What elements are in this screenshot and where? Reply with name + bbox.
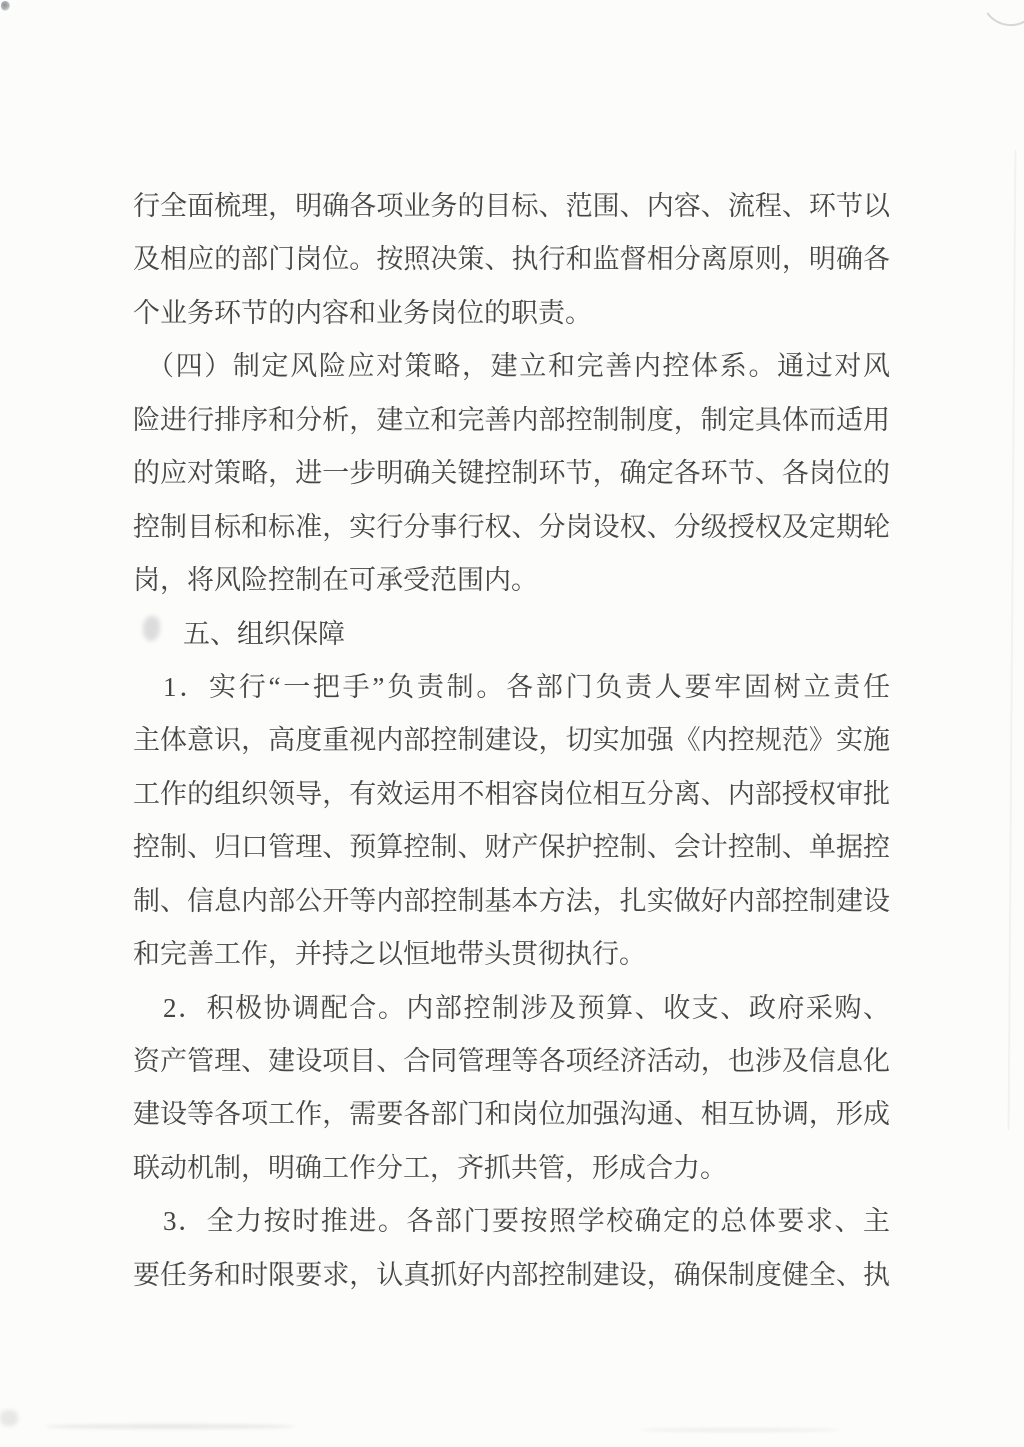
text-line: 联动机制，明确工作分工，齐抓共管，形成合力。	[133, 1142, 890, 1195]
text-line: 建设等各项工作，需要各部门和岗位加强沟通、相互协调，形成	[133, 1088, 890, 1141]
text-line: 的应对策略，进一步明确关键控制环节，确定各环节、各岗位的	[133, 447, 890, 500]
text-line: 行全面梳理，明确各项业务的目标、范围、内容、流程、环节以	[133, 180, 890, 233]
text-line: 岗，将风险控制在可承受范围内。	[133, 554, 890, 607]
scan-streak	[640, 1428, 840, 1432]
text-line: 要任务和时限要求，认真抓好内部控制建设，确保制度健全、执	[133, 1249, 890, 1302]
page-edge-shadow	[1008, 150, 1017, 1130]
text-line: 控制、归口管理、预算控制、财产保护控制、会计控制、单据控	[133, 821, 890, 874]
text-line: 主体意识，高度重视内部控制建设，切实加强《内控规范》实施	[133, 714, 890, 767]
text-line: 3．全力按时推进。各部门要按照学校确定的总体要求、主	[133, 1195, 890, 1248]
scan-streak	[45, 1424, 295, 1429]
text-line: 个业务环节的内容和业务岗位的职责。	[133, 287, 890, 340]
text-line: 制、信息内部公开等内部控制基本方法，扎实做好内部控制建设	[133, 875, 890, 928]
text-line: 2．积极协调配合。内部控制涉及预算、收支、政府采购、	[133, 982, 890, 1035]
scan-corner-mark	[1, 1, 10, 11]
document-text-block: 行全面梳理，明确各项业务的目标、范围、内容、流程、环节以 及相应的部门岗位。按照…	[133, 180, 890, 1302]
text-line: 资产管理、建设项目、合同管理等各项经济活动，也涉及信息化	[133, 1035, 890, 1088]
text-line: 及相应的部门岗位。按照决策、执行和监督相分离原则，明确各	[133, 233, 890, 286]
text-line: 工作的组织领导，有效运用不相容岗位相互分离、内部授权审批	[133, 768, 890, 821]
text-line: （四）制定风险应对策略，建立和完善内控体系。通过对风	[133, 340, 890, 393]
text-line: 险进行排序和分析，建立和完善内部控制制度，制定具体而适用	[133, 394, 890, 447]
text-line: 和完善工作，并持之以恒地带头贯彻执行。	[133, 928, 890, 981]
text-line: 1．实行“一把手”负责制。各部门负责人要牢固树立责任	[133, 661, 890, 714]
scanned-page: 行全面梳理，明确各项业务的目标、范围、内容、流程、环节以 及相应的部门岗位。按照…	[0, 0, 1024, 1447]
section-heading: 五、组织保障	[133, 608, 890, 661]
text-line: 控制目标和标准，实行分事行权、分岗设权、分级授权及定期轮	[133, 501, 890, 554]
scan-streak	[0, 1410, 18, 1426]
page-curl-artifact	[977, 0, 1024, 31]
